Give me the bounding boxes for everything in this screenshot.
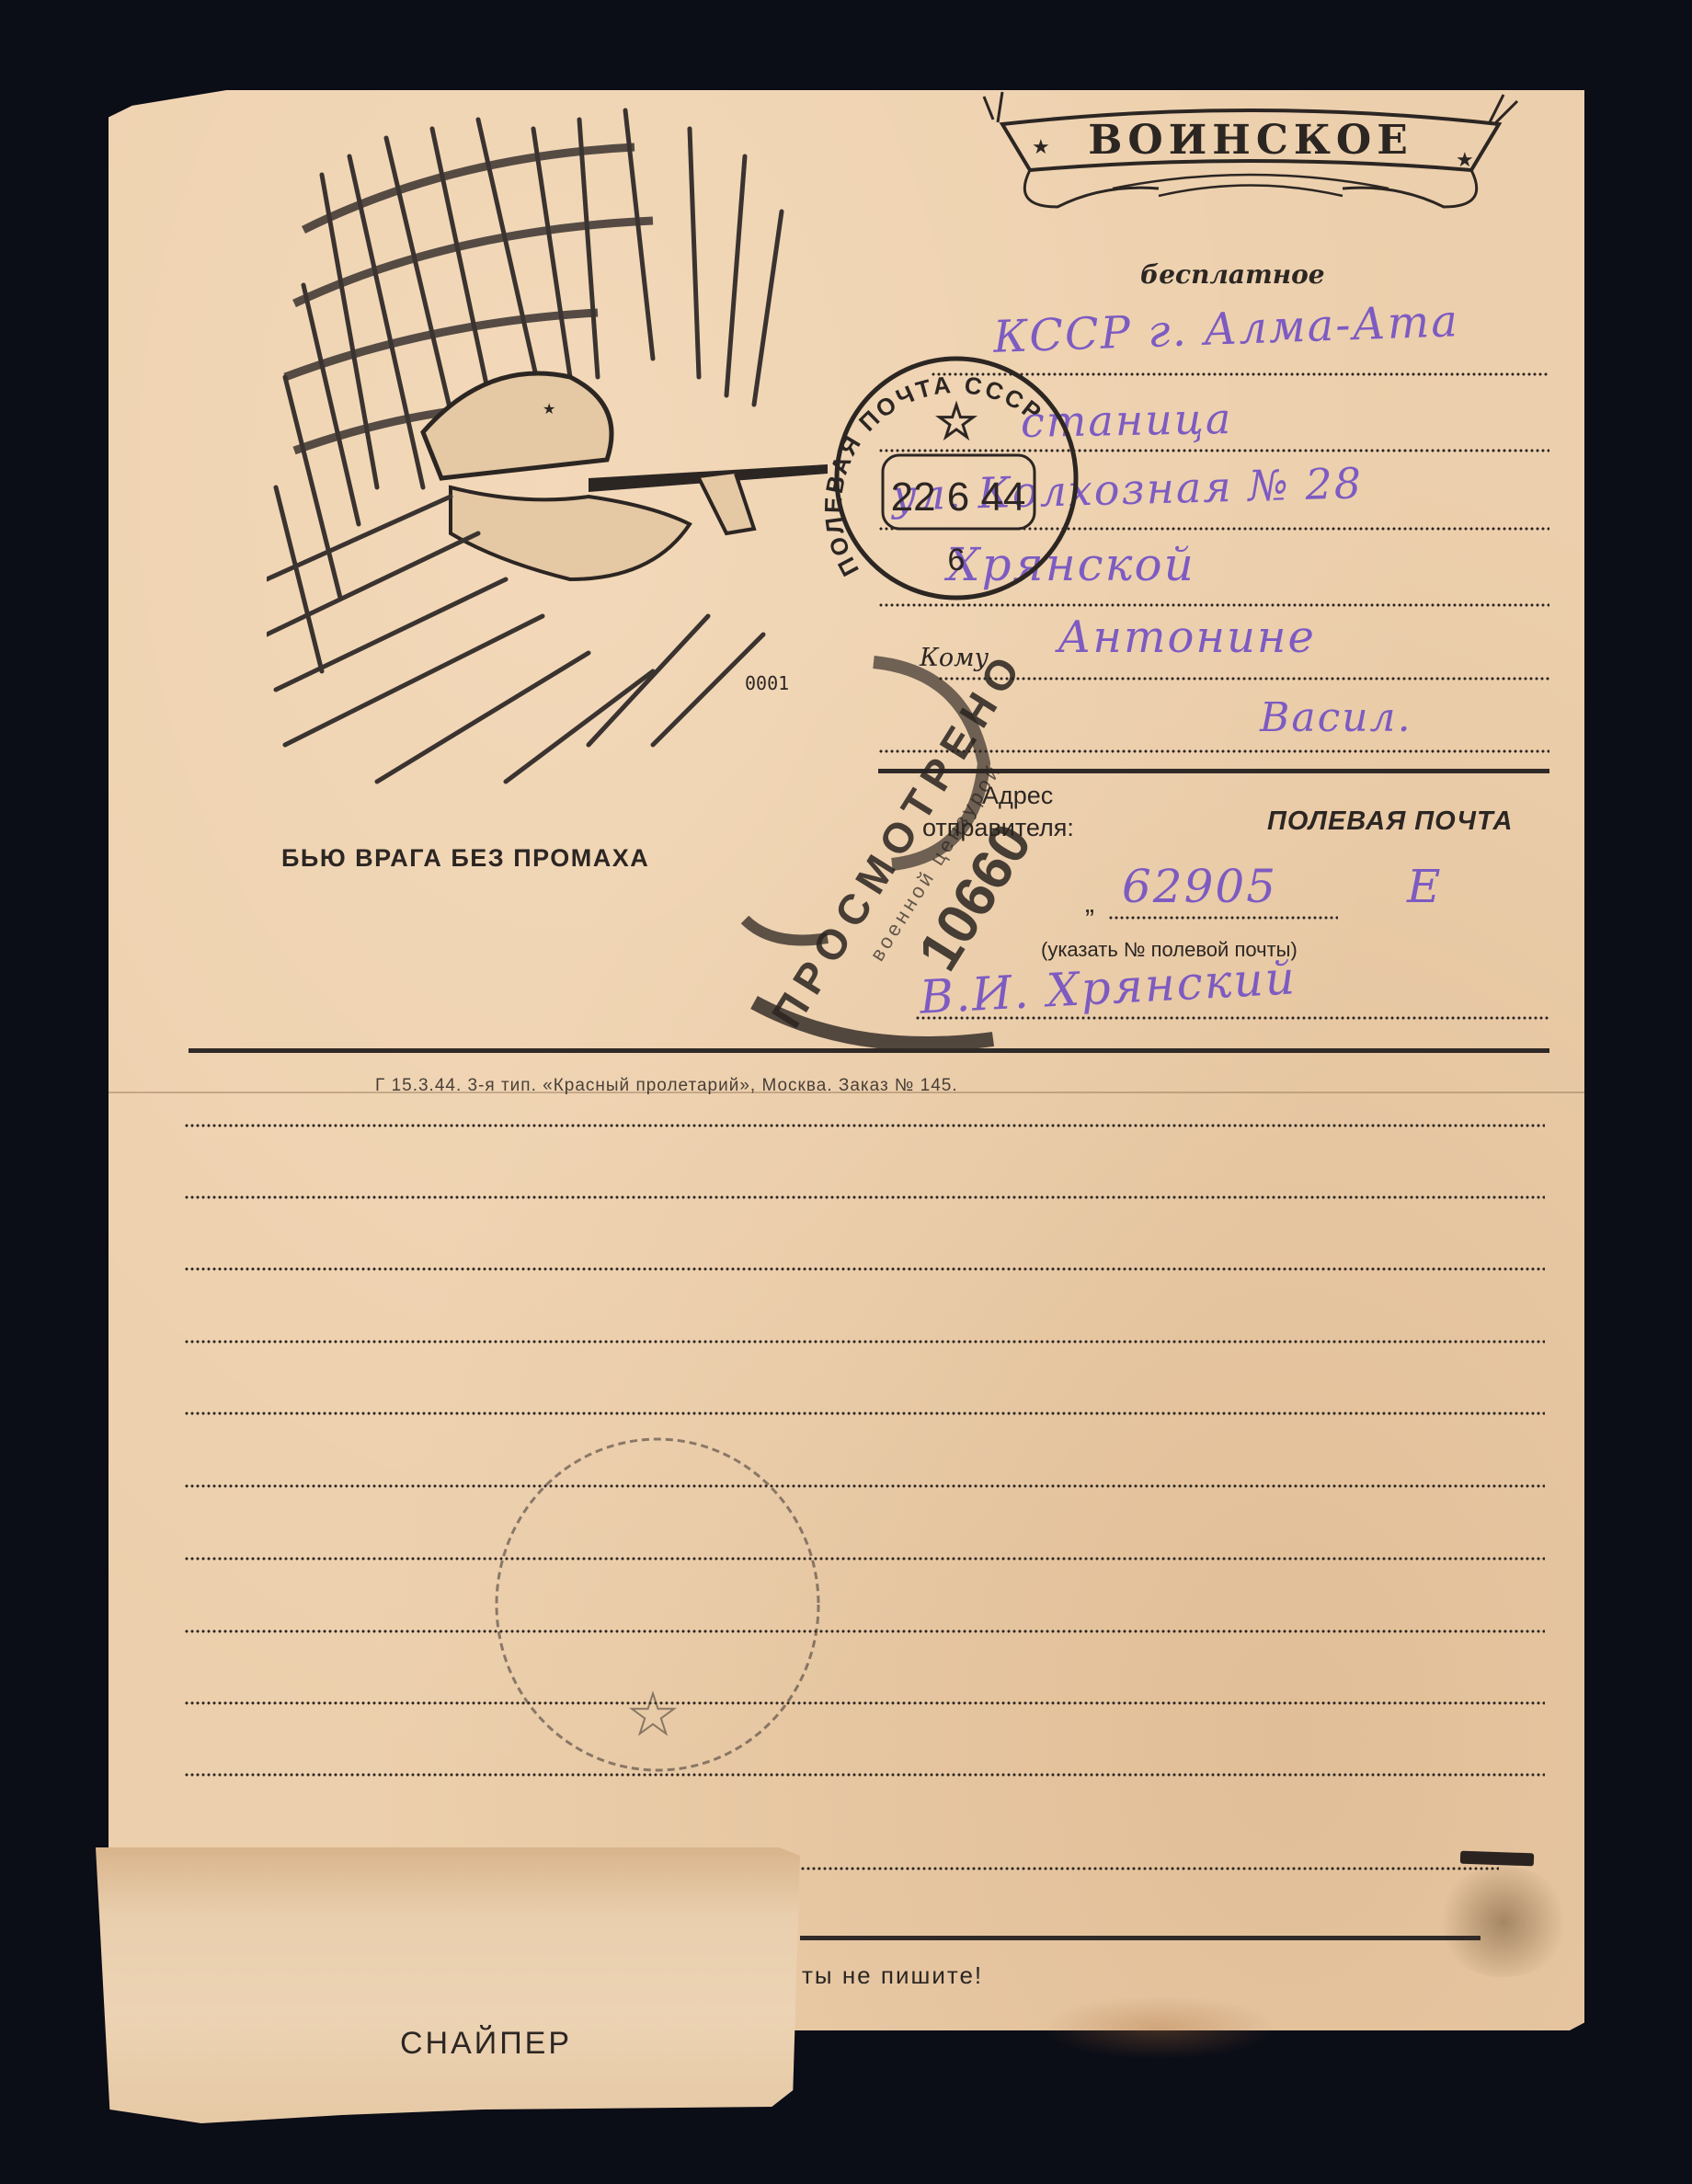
writing-line [184, 1773, 1545, 1777]
svg-text:★: ★ [543, 402, 555, 417]
censor-stamp: ПРОСМОТРЕНО военной цензурой 10660 [717, 635, 1103, 1048]
folded-flap [96, 1847, 800, 2123]
writing-line [800, 1867, 1499, 1870]
recipient-handwritten-2: Васил. [1260, 694, 1412, 741]
banner-title: ВОИНСКОЕ [1088, 117, 1413, 164]
field-post-label: ПОЛЕВАЯ ПОЧТА [1267, 806, 1514, 837]
writing-line [184, 1629, 1545, 1633]
free-label: бесплатное [1140, 259, 1325, 290]
top-section-divider [189, 1048, 1549, 1053]
illustration-caption: БЬЮ ВРАГА БЕЗ ПРОМАХА [281, 844, 649, 873]
svg-text:★: ★ [628, 1684, 678, 1745]
writing-line [184, 1124, 1545, 1127]
svg-text:★: ★ [1032, 135, 1050, 158]
field-post-number: 62905 [1122, 860, 1277, 913]
writing-line [184, 1267, 1545, 1271]
writing-line [184, 1195, 1545, 1199]
flap-title: СНАЙПЕР [400, 2026, 572, 2062]
field-post-line [1108, 916, 1338, 920]
receiving-postmark: ★ [487, 1430, 828, 1779]
writing-line [184, 1412, 1545, 1415]
writing-line [184, 1701, 1545, 1705]
ink-stain [1435, 1867, 1572, 1977]
svg-text:★: ★ [1456, 148, 1474, 171]
printer-imprint: Г 15.3.44. 3-я тип. «Красный пролетарий»… [375, 1076, 958, 1096]
field-post-postmark: ПОЛЕВАЯ ПОЧТА СССР ★ 22 6 44 6 [823, 340, 1090, 616]
bottom-warning: ты не пишите! [802, 1961, 983, 1990]
water-stain [1039, 1995, 1278, 2060]
postmark-index: 6 [948, 543, 966, 577]
svg-text:10660: 10660 [907, 814, 1045, 982]
writing-line [184, 1557, 1545, 1561]
field-post-suffix: Е [1407, 860, 1443, 913]
postmark-date: 22 6 44 [891, 475, 1026, 520]
writing-line [184, 1340, 1545, 1344]
bottom-rule [800, 1936, 1480, 1940]
writing-line [184, 1484, 1545, 1488]
svg-text:★: ★ [936, 398, 976, 447]
banner-ribbon: ★ ★ ВОИНСКОЕ [975, 87, 1526, 234]
burn-mark [1460, 1851, 1534, 1867]
